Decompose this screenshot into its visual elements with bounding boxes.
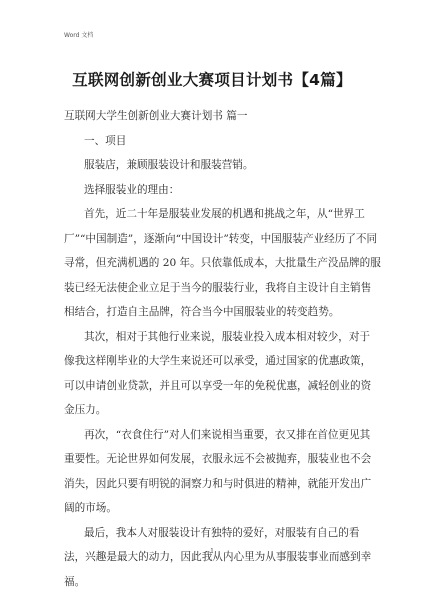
paragraph-line: 阔的市场。 (64, 496, 360, 521)
section-heading: 一、项目 (64, 129, 360, 154)
page-number: 1 (0, 548, 424, 555)
paragraph: 选择服装业的理由： (64, 178, 360, 203)
paragraph: 其次，相对于其他行业来说，服装业投入成本相对较少，对于 像我这样刚毕业的大学生来… (64, 325, 360, 423)
paragraph-line: 最后，我本人对服装设计有独特的爱好，对服装有自己的看 (64, 521, 360, 546)
subtitle: 互联网大学生创新创业大赛计划书 篇一 (64, 104, 360, 129)
document-title: 互联网创新创业大赛项目计划书【4篇】 (0, 68, 424, 90)
paragraph: 首先，近二十年是服装业发展的机遇和挑战之年，从“世界工 厂”“中国制造”，逐渐向… (64, 202, 360, 325)
paragraph-line: 福。 (64, 570, 360, 595)
paragraph-line: 可以申请创业贷款，并且可以享受一年的免税优惠，减轻创业的资 (64, 374, 360, 399)
paragraph-line: 服装店，兼顾服装设计和服装营销。 (64, 153, 360, 178)
paragraph: 最后，我本人对服装设计有独特的爱好，对服装有自己的看 法，兴趣是最大的动力，因此… (64, 521, 360, 595)
document-page: Word 文档 互联网创新创业大赛项目计划书【4篇】 互联网大学生创新创业大赛计… (0, 0, 424, 600)
paragraph-line: 相结合，打造自主品牌，符合当今中国服装业的转变趋势。 (64, 300, 360, 325)
paragraph: 服装店，兼顾服装设计和服装营销。 (64, 153, 360, 178)
paragraph: 再次，“衣食住行”对人们来说相当重要，衣又排在首位更见其 重要性。无论世界如何发… (64, 423, 360, 521)
paragraph-line: 厂”“中国制造”，逐渐向“中国设计”转变，中国服装产业经历了不同 (64, 227, 360, 252)
paragraph-line: 金压力。 (64, 398, 360, 423)
paragraph-line: 寻常，但充满机遇的 20 年。只依靠低成本，大批量生产没品牌的服 (64, 251, 360, 276)
paragraph-line: 选择服装业的理由： (64, 178, 360, 203)
page-header: Word 文档 (64, 30, 93, 39)
paragraph-line: 重要性。无论世界如何发展，衣服永远不会被抛弃，服装业也不会 (64, 447, 360, 472)
document-body: 互联网大学生创新创业大赛计划书 篇一 一、项目 服装店，兼顾服装设计和服装营销。… (64, 104, 360, 594)
paragraph-line: 装已经无法使企业立足于当今的服装行业，我将自主设计自主销售 (64, 276, 360, 301)
paragraph-line: 首先，近二十年是服装业发展的机遇和挑战之年，从“世界工 (64, 202, 360, 227)
paragraph-line: 像我这样刚毕业的大学生来说还可以承受，通过国家的优惠政策， (64, 349, 360, 374)
paragraph-line: 其次，相对于其他行业来说，服装业投入成本相对较少，对于 (64, 325, 360, 350)
paragraph-line: 消失，因此只要有明锐的洞察力和与时俱进的精神，就能开发出广 (64, 472, 360, 497)
paragraph-line: 再次，“衣食住行”对人们来说相当重要，衣又排在首位更见其 (64, 423, 360, 448)
